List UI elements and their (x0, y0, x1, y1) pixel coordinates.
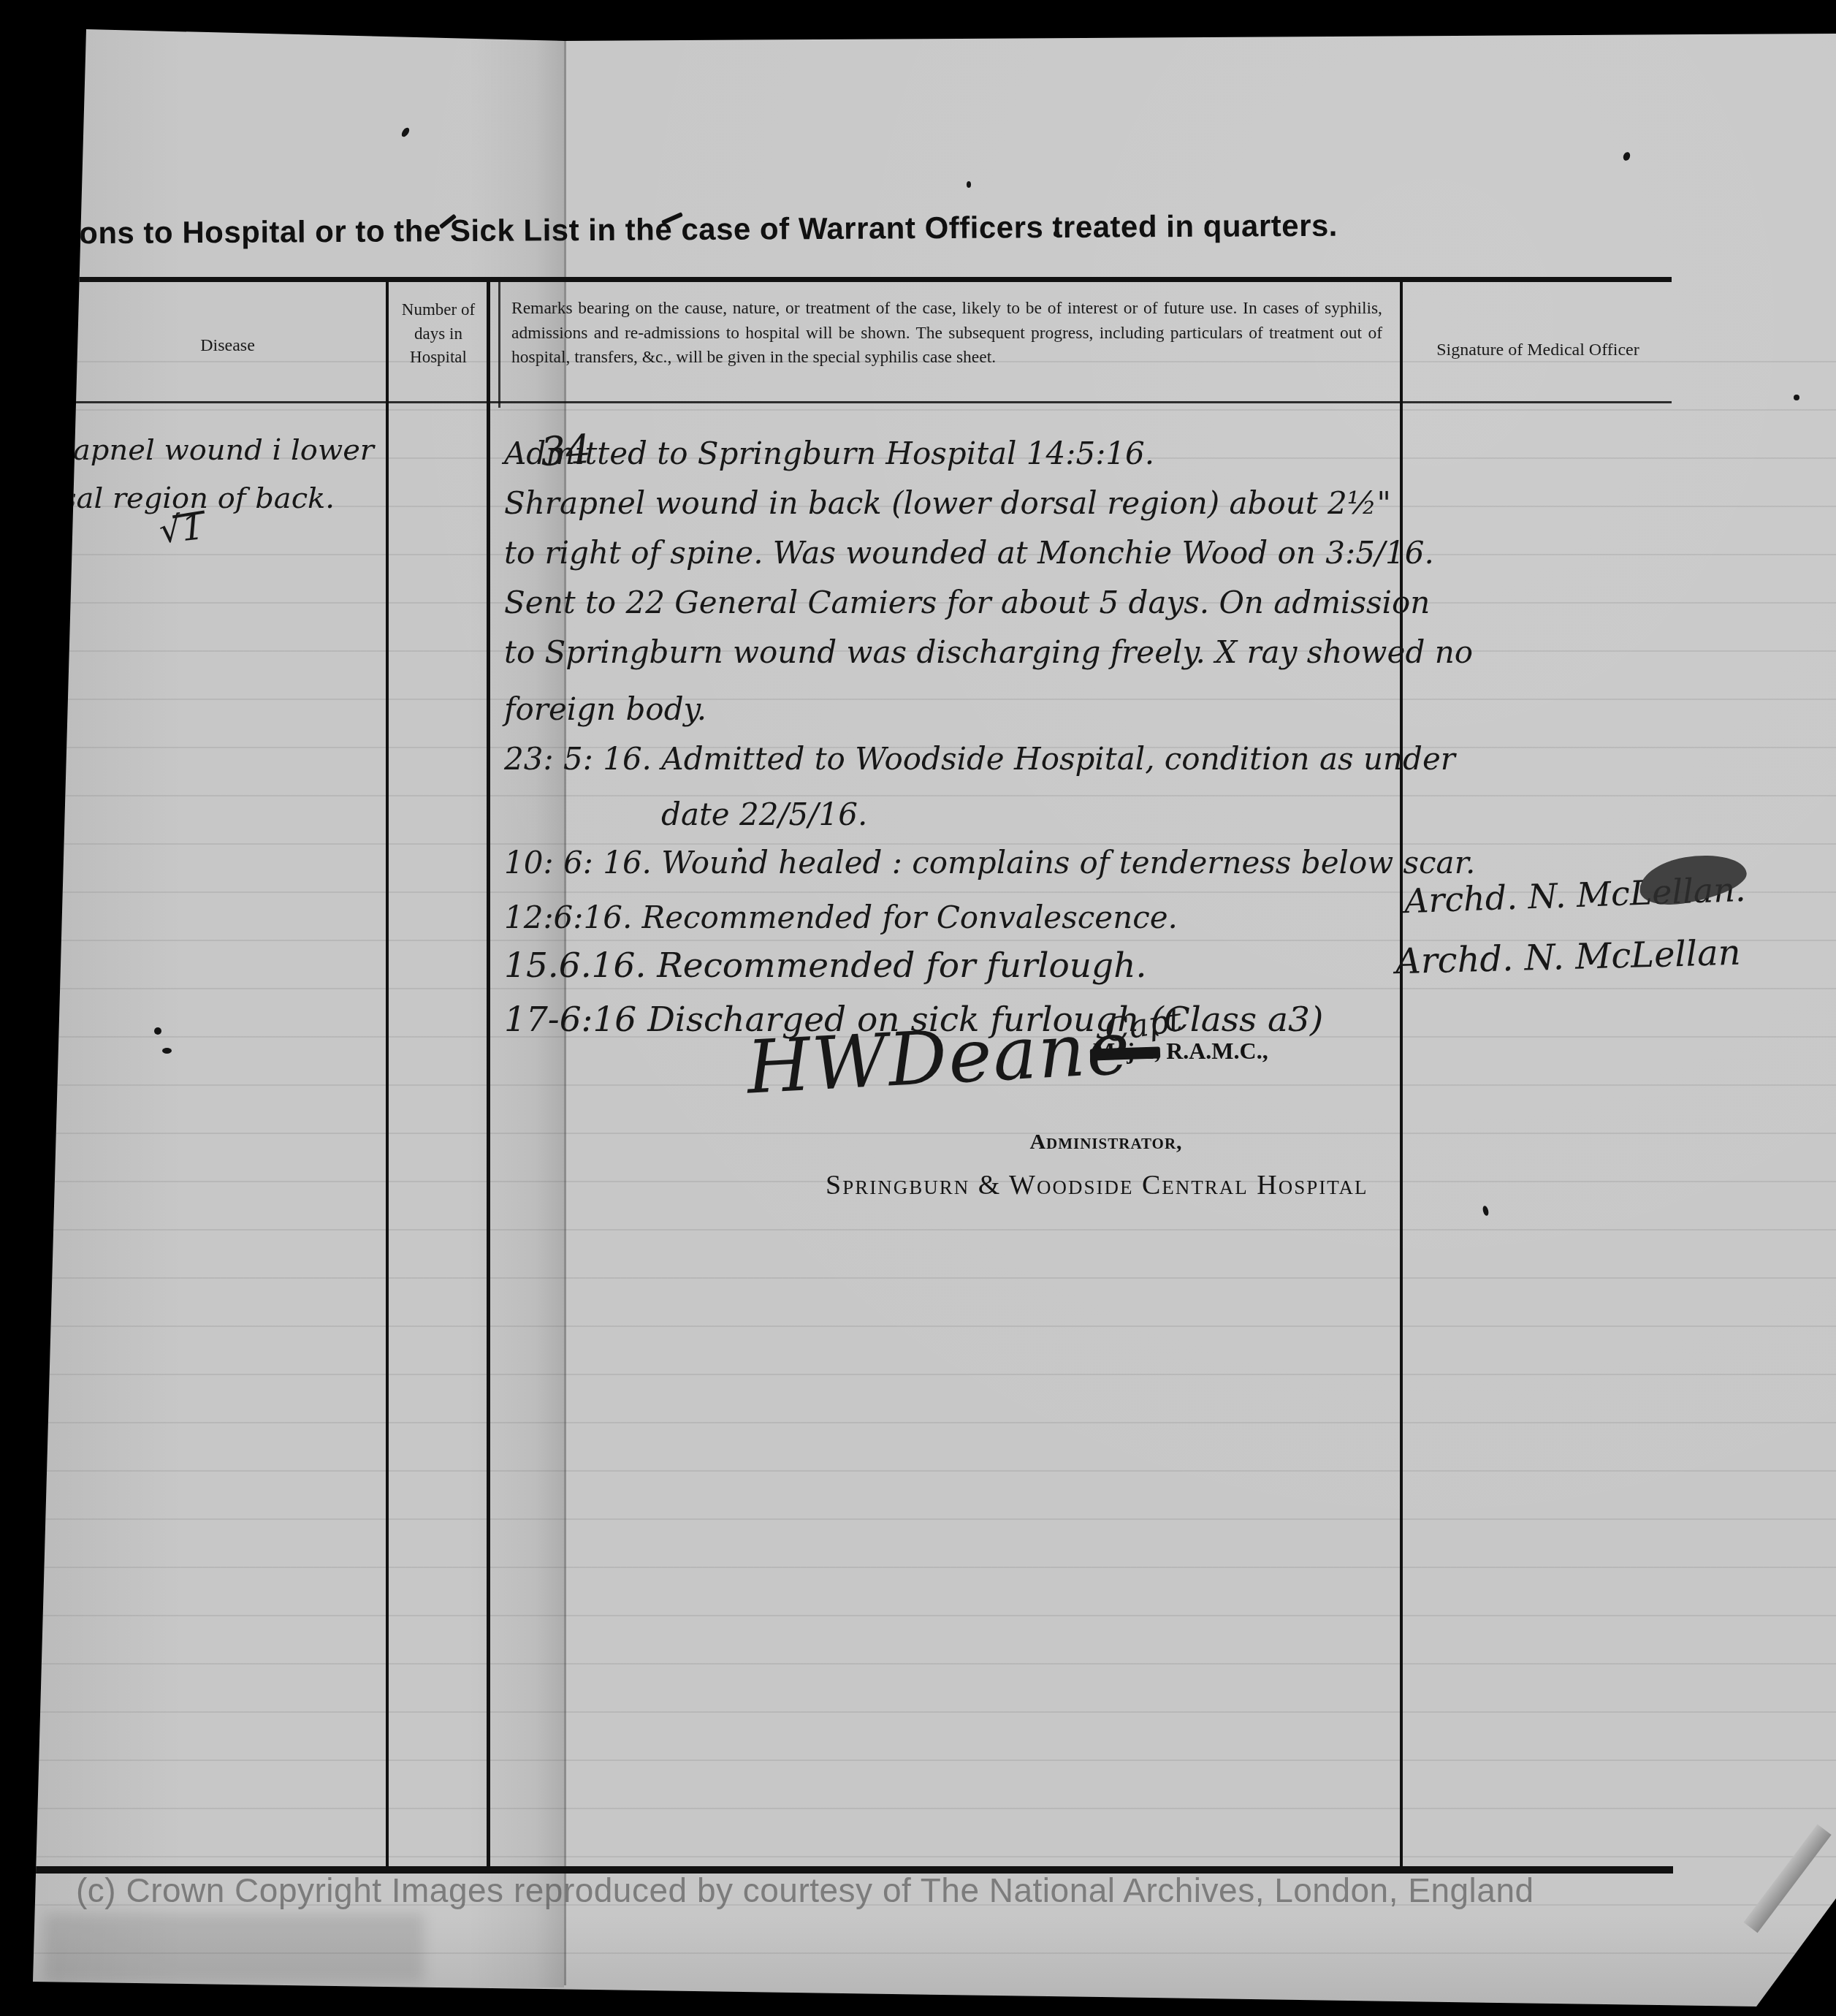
paper-page: ions to Hospital or to the Sick List in … (0, 0, 1836, 2016)
bottom-left-smudge (44, 1913, 424, 1983)
remark-line: 12:6:16. Recommended for Convalescence. (504, 902, 1178, 933)
remark-line: foreign body. (504, 694, 706, 725)
table-header-underline (44, 401, 1672, 403)
scan-speck (400, 126, 411, 138)
remark-line: to right of spine. Was wounded at Monchi… (504, 538, 1434, 568)
column-divider-days-remarks-inner (498, 282, 500, 408)
column-header-disease: Disease (69, 336, 386, 356)
column-header-signature: Signature of Medical Officer (1404, 341, 1672, 360)
column-divider-remarks-signature (1400, 282, 1403, 1868)
hospital-name: Springburn & Woodside Central Hospital (826, 1169, 1368, 1201)
scan-speck (1054, 231, 1059, 237)
scan-speck (738, 848, 742, 852)
printed-rank-line: Major, R.A.M.C., (1093, 1038, 1268, 1065)
column-divider-disease-days (386, 282, 389, 1868)
disease-entry-line1: apnel wound i lower (73, 435, 374, 465)
column-header-remarks: Remarks bearing on the cause, nature, or… (511, 297, 1382, 370)
remark-line: to Springburn wound was discharging free… (504, 637, 1473, 668)
folded-corner (1743, 1825, 1831, 1933)
page-title: ions to Hospital or to the Sick List in … (70, 208, 1338, 251)
scanned-document: ions to Hospital or to the Sick List in … (0, 0, 1836, 2016)
remark-line: Sent to 22 General Camiers for about 5 d… (504, 587, 1430, 618)
scan-speck (1482, 1205, 1489, 1216)
struck-rank-major: Major, (1093, 1038, 1160, 1065)
medical-officer-signature: Archd. N. McLellan (1395, 935, 1741, 979)
table-top-border (44, 277, 1672, 282)
scan-speck (1622, 151, 1631, 161)
remark-line: Shrapnel wound in back (lower dorsal reg… (504, 488, 1391, 519)
administrator-label: Administrator, (1020, 1130, 1192, 1155)
scan-speck (1794, 395, 1799, 400)
column-divider-days-remarks (487, 282, 490, 1868)
corps-ramc: R.A.M.C., (1160, 1038, 1268, 1064)
remark-line: 23: 5: 16. Admitted to Woodside Hospital… (504, 744, 1455, 775)
remark-line: Admitted to Springburn Hospital 14:5:16. (504, 438, 1154, 469)
column-header-days-in-hospital: Number of days in Hospital (386, 298, 491, 370)
crown-copyright-watermark: (c) Crown Copyright Images reproduced by… (76, 1871, 1534, 1910)
remark-line: 10: 6: 16. Wound healed : complains of t… (504, 848, 1475, 878)
administrator-signature: HWDeane (745, 1011, 1133, 1104)
remark-line: 15.6.16. Recommended for furlough. (504, 948, 1146, 983)
scan-speck (967, 181, 971, 188)
scan-speck (162, 1048, 172, 1054)
strikethrough-scribble (1090, 1046, 1160, 1060)
scan-speck (154, 1027, 161, 1035)
remark-line: date 22/5/16. (661, 799, 867, 830)
